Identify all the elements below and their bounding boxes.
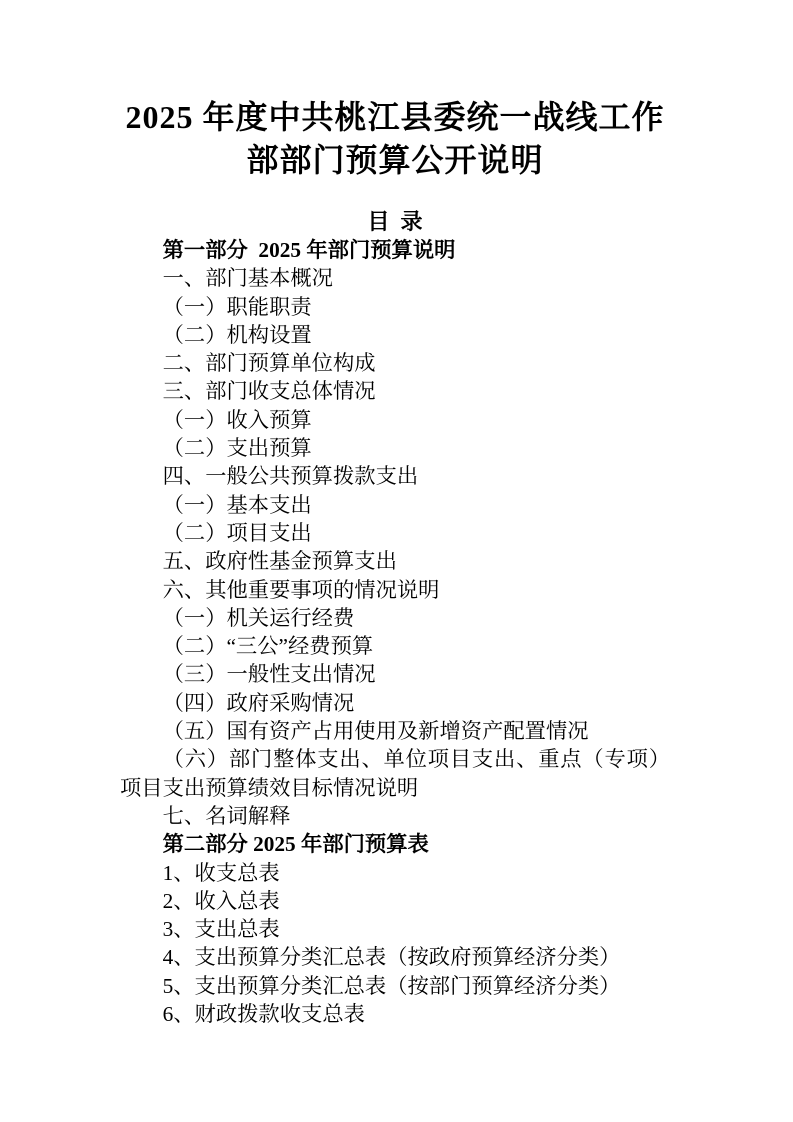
toc-item: （五）国有资产占用使用及新增资产配置情况 <box>120 717 670 745</box>
toc-item: （二）机构设置 <box>120 321 670 349</box>
toc-item: （三）一般性支出情况 <box>120 660 670 688</box>
toc-section-heading: 第一部分 2025 年部门预算说明 <box>120 236 670 264</box>
toc-item: 二、部门预算单位构成 <box>120 349 670 377</box>
toc-item: 1、收支总表 <box>120 859 670 887</box>
document-page: 2025 年度中共桃江县委统一战线工作 部部门预算公开说明 目 录 第一部分 2… <box>0 0 793 1122</box>
toc-item: 三、部门收支总体情况 <box>120 377 670 405</box>
toc-item: （二）支出预算 <box>120 434 670 462</box>
toc-section-heading: 第二部分 2025 年部门预算表 <box>120 830 670 858</box>
toc-item: 六、其他重要事项的情况说明 <box>120 576 670 604</box>
toc-item: 一、部门基本概况 <box>120 264 670 292</box>
document-title-line2: 部部门预算公开说明 <box>120 139 670 182</box>
toc-item: 5、支出预算分类汇总表（按部门预算经济分类） <box>120 972 670 1000</box>
toc-item: 五、政府性基金预算支出 <box>120 547 670 575</box>
toc-item: 3、支出总表 <box>120 915 670 943</box>
toc-item: （二）“三公”经费预算 <box>120 632 670 660</box>
toc-item: （一）收入预算 <box>120 406 670 434</box>
toc-item: （六）部门整体支出、单位项目支出、重点（专项）项目支出预算绩效目标情况说明 <box>120 745 670 802</box>
document-title-line1: 2025 年度中共桃江县委统一战线工作 <box>120 96 670 139</box>
toc-item: （一）机关运行经费 <box>120 604 670 632</box>
toc-item: （四）政府采购情况 <box>120 689 670 717</box>
toc-item: （二）项目支出 <box>120 519 670 547</box>
toc-item: 6、财政拨款收支总表 <box>120 1000 670 1028</box>
document-title: 2025 年度中共桃江县委统一战线工作 部部门预算公开说明 <box>120 96 670 182</box>
toc-item: （一）基本支出 <box>120 491 670 519</box>
toc-item: 四、一般公共预算拨款支出 <box>120 462 670 490</box>
toc-item: 七、名词解释 <box>120 802 670 830</box>
toc: 第一部分 2025 年部门预算说明一、部门基本概况（一）职能职责（二）机构设置二… <box>120 236 670 1028</box>
toc-heading: 目 录 <box>120 208 670 236</box>
toc-item: （一）职能职责 <box>120 293 670 321</box>
toc-item: 2、收入总表 <box>120 887 670 915</box>
toc-item: 4、支出预算分类汇总表（按政府预算经济分类） <box>120 943 670 971</box>
